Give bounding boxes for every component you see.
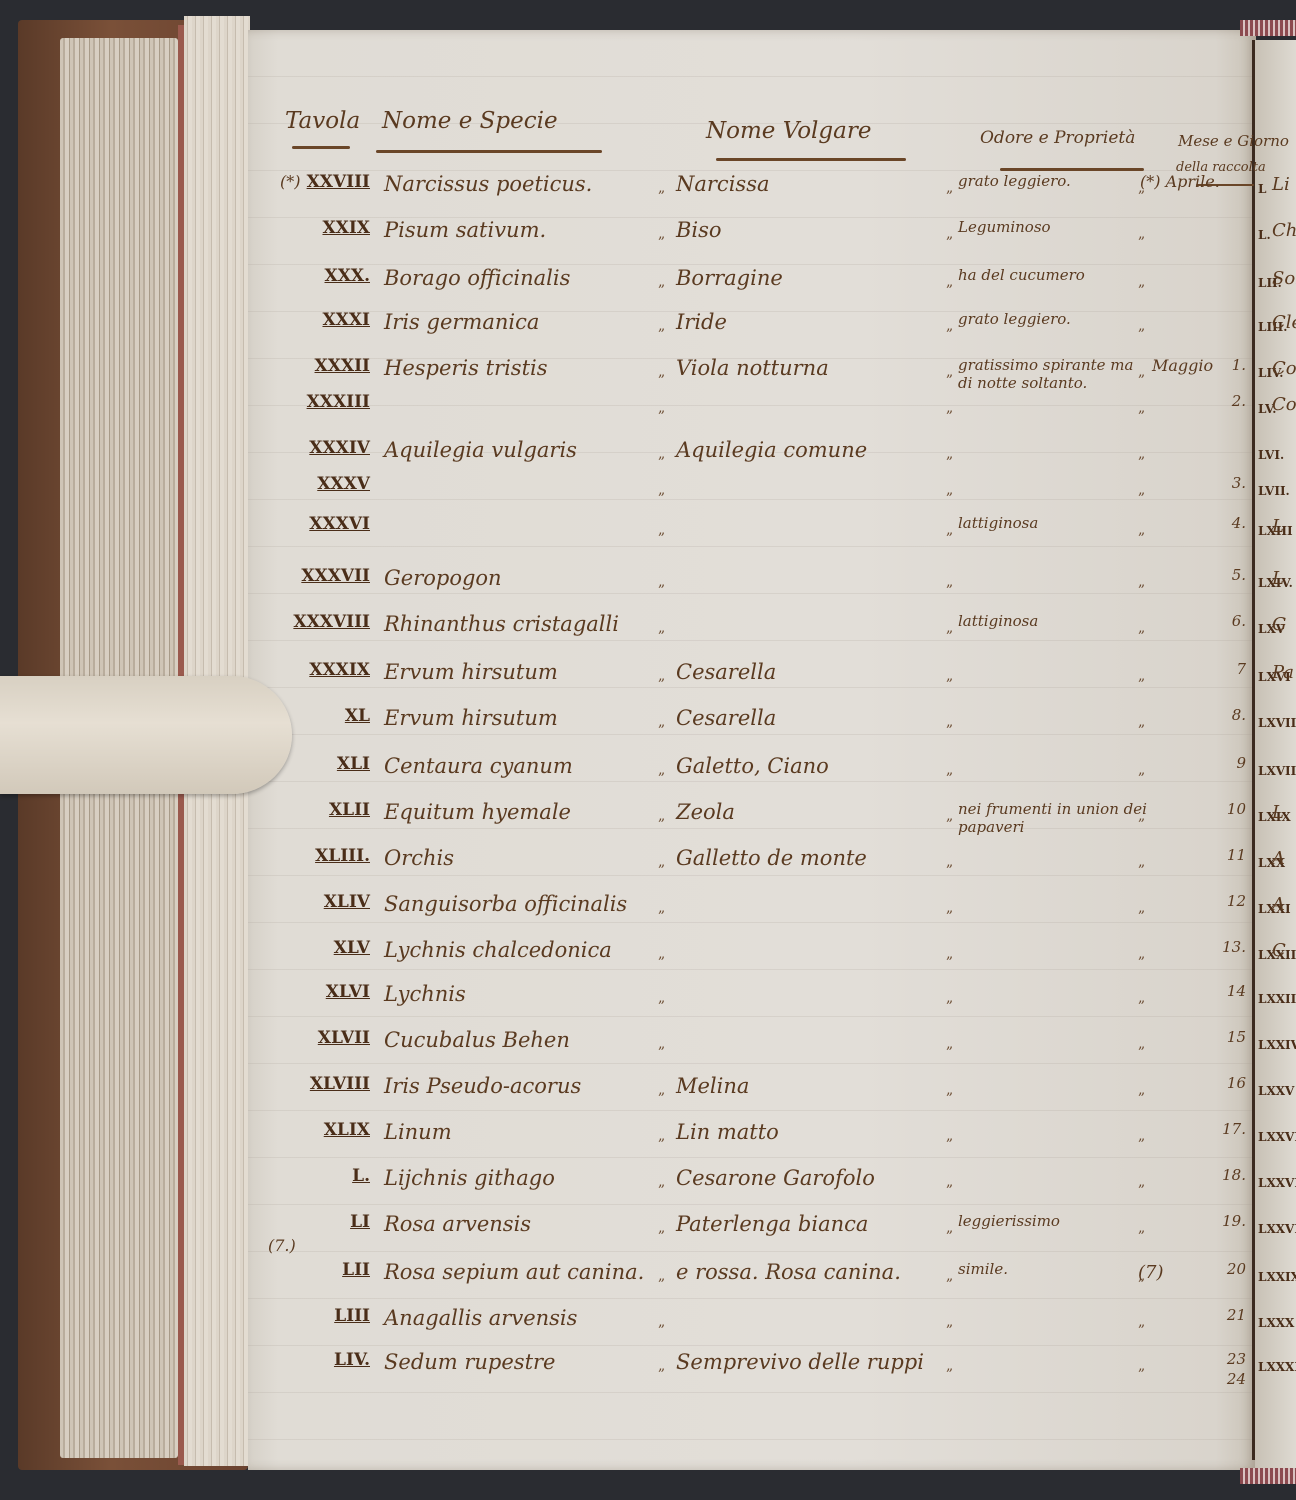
species-name: Narcissus poeticus. — [384, 172, 592, 196]
footband — [1240, 1468, 1296, 1484]
tavola-number: LII — [280, 1260, 370, 1280]
ditto-mark-mese: „ — [1138, 180, 1145, 196]
common-name: e rossa. Rosa canina. — [676, 1260, 901, 1284]
tavola-number: XXXI — [280, 310, 370, 330]
ditto-mark-odore: „ — [946, 1128, 953, 1144]
ditto-mark-volgare: „ — [658, 990, 665, 1006]
ditto-mark-volgare: „ — [658, 714, 665, 730]
facing-page-numeral: L — [1258, 182, 1266, 196]
harvest-day: 10 — [1200, 800, 1246, 818]
table-row: XXX.Borago officinalisBorragineha del cu… — [0, 266, 1296, 306]
ditto-mark-odore: „ — [946, 1268, 953, 1284]
ditto-mark-odore: „ — [946, 400, 953, 416]
facing-page-numeral: LXVII — [1258, 716, 1296, 730]
tavola-number: XLV — [280, 938, 370, 958]
facing-page-word: Conv — [1272, 358, 1296, 379]
common-name: Galletto de monte — [676, 846, 867, 870]
ditto-mark-odore: „ — [946, 1358, 953, 1374]
bone-folder-bookmark — [0, 676, 292, 794]
ditto-mark-volgare: „ — [658, 446, 665, 462]
ditto-mark-odore: „ — [946, 180, 953, 196]
odor-property: Leguminoso — [958, 218, 1051, 236]
harvest-day: 6. — [1200, 612, 1246, 630]
ditto-mark-odore: „ — [946, 854, 953, 870]
common-name: Iride — [676, 310, 727, 334]
species-name: Aquilegia vulgaris — [384, 438, 577, 462]
tavola-number: LIII — [280, 1306, 370, 1326]
odor-property: grato leggiero. — [958, 310, 1071, 328]
ditto-mark-volgare: „ — [658, 1174, 665, 1190]
ditto-mark-volgare: „ — [658, 1220, 665, 1236]
tavola-number: XXXIV — [280, 438, 370, 458]
ditto-mark-volgare: „ — [658, 668, 665, 684]
ditto-mark-volgare: „ — [658, 946, 665, 962]
common-name: Cesarella — [676, 706, 776, 730]
ditto-mark-volgare: „ — [658, 1128, 665, 1144]
species-name: Equitum hyemale — [384, 800, 571, 824]
ditto-mark-volgare: „ — [658, 1358, 665, 1374]
odor-property: grato leggiero. — [958, 172, 1071, 190]
species-name: Sanguisorba officinalis — [384, 892, 627, 916]
tavola-number: XLII — [280, 800, 370, 820]
facing-page-numeral: LXXVIII — [1258, 1222, 1296, 1236]
ditto-mark-odore: „ — [946, 1036, 953, 1052]
ditto-mark-odore: „ — [946, 364, 953, 380]
common-name: Melina — [676, 1074, 749, 1098]
table-row: LIRosa arvensisPaterlenga biancaleggieri… — [0, 1212, 1296, 1252]
table-row: XLIIEquitum hyemaleZeolanei frumenti in … — [0, 800, 1296, 840]
ditto-mark-volgare: „ — [658, 854, 665, 870]
ditto-mark-odore: „ — [946, 668, 953, 684]
common-name: Narcissa — [676, 172, 770, 196]
facing-page-word: Pa — [1272, 662, 1294, 683]
facing-page-numeral: LXXIV — [1258, 1038, 1296, 1052]
table-row: XXXVIIIRhinanthus cristagallilattiginosa… — [0, 612, 1296, 652]
ditto-mark-odore: „ — [946, 900, 953, 916]
ditto-mark-mese: „ — [1138, 1358, 1145, 1374]
species-name: Rosa sepium aut canina. — [384, 1260, 644, 1284]
table-row: XLIII.OrchisGalletto de monte11„„„LXXA — [0, 846, 1296, 886]
facing-page-word: Sola — [1272, 268, 1296, 289]
common-name: Biso — [676, 218, 722, 242]
ditto-mark-volgare: „ — [658, 482, 665, 498]
table-row: XXXV3.„„„LVII. — [0, 474, 1296, 514]
facing-page-word: Che — [1272, 220, 1296, 241]
ditto-mark-volgare: „ — [658, 900, 665, 916]
facing-page-numeral: LVI. — [1258, 448, 1284, 462]
harvest-day: 3. — [1200, 474, 1246, 492]
ditto-mark-odore: „ — [946, 808, 953, 824]
table-row: XXIXPisum sativum.BisoLeguminoso„„„L.Che — [0, 218, 1296, 258]
table-row: XXXIII2.„„„LV.Conv — [0, 392, 1296, 432]
facing-page-word: Cler — [1272, 312, 1296, 333]
species-name: Lychnis chalcedonica — [384, 938, 612, 962]
tavola-number: XXXIX — [280, 660, 370, 680]
table-row: XLVILychnis14„„„LXXIII — [0, 982, 1296, 1022]
facing-page-word: G — [1272, 614, 1286, 635]
last-day: 24 — [1200, 1370, 1246, 1388]
ditto-mark-odore: „ — [946, 574, 953, 590]
species-name: Centaura cyanum — [384, 754, 573, 778]
ditto-mark-mese: „ — [1138, 1036, 1145, 1052]
ditto-mark-mese: „ — [1138, 946, 1145, 962]
tavola-number: XXXV — [280, 474, 370, 494]
ditto-mark-odore: „ — [946, 1314, 953, 1330]
ditto-mark-mese: „ — [1138, 226, 1145, 242]
ditto-mark-mese: „ — [1138, 620, 1145, 636]
harvest-day: 14 — [1200, 982, 1246, 1000]
ditto-mark-volgare: „ — [658, 364, 665, 380]
footnote-mark-7: (7.) — [268, 1236, 296, 1255]
ditto-mark-odore: „ — [946, 482, 953, 498]
species-name: Iris germanica — [384, 310, 539, 334]
ditto-mark-odore: „ — [946, 1220, 953, 1236]
odor-property: lattiginosa — [958, 612, 1038, 630]
ditto-mark-volgare: „ — [658, 180, 665, 196]
ditto-mark-volgare: „ — [658, 400, 665, 416]
ditto-mark-odore: „ — [946, 946, 953, 962]
odor-property: lattiginosa — [958, 514, 1038, 532]
harvest-day: 16 — [1200, 1074, 1246, 1092]
table-row: L.Lijchnis githagoCesarone Garofolo18.„„… — [0, 1166, 1296, 1206]
harvest-day: 19. — [1200, 1212, 1246, 1230]
common-name: Zeola — [676, 800, 735, 824]
table-row: XXXIIHesperis tristisViola notturnagrati… — [0, 356, 1296, 396]
facing-page-word: L — [1272, 802, 1284, 823]
odor-property: simile. — [958, 1260, 1008, 1278]
facing-page-numeral: LXXXI — [1258, 1360, 1296, 1374]
tavola-number: XL — [280, 706, 370, 726]
harvest-day: 11 — [1200, 846, 1246, 864]
facing-page-numeral: LXXVII — [1258, 1176, 1296, 1190]
common-name: Cesarone Garofolo — [676, 1166, 875, 1190]
ditto-mark-volgare: „ — [658, 762, 665, 778]
common-name: Semprevivo delle ruppi — [676, 1350, 924, 1374]
ditto-mark-odore: „ — [946, 274, 953, 290]
ditto-mark-odore: „ — [946, 990, 953, 1006]
ditto-mark-odore: „ — [946, 620, 953, 636]
harvest-day: 2. — [1200, 392, 1246, 410]
tavola-number: LI — [280, 1212, 370, 1232]
facing-page-word: L — [1272, 516, 1284, 537]
harvest-day: 8. — [1200, 706, 1246, 724]
common-name: Cesarella — [676, 660, 776, 684]
ditto-mark-mese: „ — [1138, 668, 1145, 684]
ditto-mark-mese: „ — [1138, 1128, 1145, 1144]
tavola-number: XXX. — [280, 266, 370, 286]
species-name: Lychnis — [384, 982, 466, 1006]
ditto-mark-volgare: „ — [658, 1082, 665, 1098]
header-rule-specie — [376, 150, 602, 153]
facing-page-word: C — [1272, 940, 1286, 961]
facing-page-numeral: LXXVI — [1258, 1130, 1296, 1144]
common-name: Paterlenga bianca — [676, 1212, 868, 1236]
facing-page-word: Conv — [1272, 394, 1296, 415]
ditto-mark-odore: „ — [946, 1174, 953, 1190]
ditto-mark-mese: „ — [1138, 364, 1145, 380]
ditto-mark-odore: „ — [946, 714, 953, 730]
table-row: XXXIIris germanicaIridegrato leggiero.„„… — [0, 310, 1296, 350]
harvest-day: 20 — [1200, 1260, 1246, 1278]
species-name: Anagallis arvensis — [384, 1306, 577, 1330]
table-row: XXVIIINarcissus poeticus.Narcissagrato l… — [0, 172, 1296, 212]
tavola-number: XXIX — [280, 218, 370, 238]
ditto-mark-volgare: „ — [658, 1268, 665, 1284]
common-name: Viola notturna — [676, 356, 829, 380]
table-row: XLVIIIIris Pseudo-acorusMelina16„„„LXXV — [0, 1074, 1296, 1114]
species-name: Pisum sativum. — [384, 218, 546, 242]
ditto-mark-mese: „ — [1138, 854, 1145, 870]
note-7-parenthetical: (7) — [1138, 1262, 1164, 1283]
harvest-day: 7 — [1200, 660, 1246, 678]
harvest-day: 4. — [1200, 514, 1246, 532]
ditto-mark-mese: „ — [1138, 446, 1145, 462]
tavola-number: XLVI — [280, 982, 370, 1002]
harvest-day: 18. — [1200, 1166, 1246, 1184]
odor-property: ha del cucumero — [958, 266, 1085, 284]
table-row: XLVIICucubalus Behen15„„„LXXIV — [0, 1028, 1296, 1068]
common-name: Lin matto — [676, 1120, 779, 1144]
tavola-number: XLI — [280, 754, 370, 774]
ditto-mark-mese: „ — [1138, 714, 1145, 730]
header-mese-1: Mese e Giorno — [1178, 132, 1289, 150]
ditto-mark-mese: „ — [1138, 574, 1145, 590]
table-row: XLIXLinumLin matto17.„„„LXXVI — [0, 1120, 1296, 1160]
ditto-mark-mese: „ — [1138, 808, 1145, 824]
harvest-day: 21 — [1200, 1306, 1246, 1324]
species-name: Linum — [384, 1120, 452, 1144]
ditto-mark-mese: „ — [1138, 1082, 1145, 1098]
table-row: LIV.Sedum rupestreSemprevivo delle ruppi… — [0, 1350, 1296, 1390]
table-row: XXXVIIGeropogon5.„„„LXIV.L — [0, 566, 1296, 606]
tavola-number: XLVIII — [280, 1074, 370, 1094]
ditto-mark-mese: „ — [1138, 762, 1145, 778]
ditto-mark-odore: „ — [946, 522, 953, 538]
ditto-mark-odore: „ — [946, 318, 953, 334]
species-name: Cucubalus Behen — [384, 1028, 570, 1052]
tavola-number: XLVII — [280, 1028, 370, 1048]
odor-property: leggierissimo — [958, 1212, 1060, 1230]
species-name: Geropogon — [384, 566, 502, 590]
ditto-mark-volgare: „ — [658, 620, 665, 636]
tavola-number: XLIII. — [280, 846, 370, 866]
ditto-mark-volgare: „ — [658, 274, 665, 290]
tavola-number: L. — [280, 1166, 370, 1186]
ditto-mark-odore: „ — [946, 446, 953, 462]
tavola-number: LIV. — [280, 1350, 370, 1370]
harvest-day: 15 — [1200, 1028, 1246, 1046]
table-row: LIIIAnagallis arvensis21„„„LXXX — [0, 1306, 1296, 1346]
facing-page-numeral: LXXIII — [1258, 992, 1296, 1006]
ditto-mark-volgare: „ — [658, 1314, 665, 1330]
ditto-mark-mese: „ — [1138, 1174, 1145, 1190]
harvest-day: 23 — [1200, 1350, 1246, 1368]
odor-property: gratissimo spirante ma di notte soltanto… — [958, 356, 1148, 392]
species-name: Lijchnis githago — [384, 1166, 555, 1190]
tavola-number: XXXVI — [280, 514, 370, 534]
ditto-mark-odore: „ — [946, 226, 953, 242]
odor-property: nei frumenti in union dei papaveri — [958, 800, 1148, 836]
facing-page-word: L — [1272, 568, 1284, 589]
common-name: Aquilegia comune — [676, 438, 867, 462]
ditto-mark-odore: „ — [946, 1082, 953, 1098]
tavola-number: XXXVIII — [280, 612, 370, 632]
ditto-mark-volgare: „ — [658, 1036, 665, 1052]
tavola-number: XLIX — [280, 1120, 370, 1140]
species-name: Sedum rupestre — [384, 1350, 556, 1374]
harvest-day: 17. — [1200, 1120, 1246, 1138]
header-tavola: Tavola — [285, 108, 360, 134]
facing-page-numeral: LXXX — [1258, 1316, 1294, 1330]
facing-page-word: Li — [1272, 174, 1290, 195]
ditto-mark-odore: „ — [946, 762, 953, 778]
tavola-number: XXXII — [280, 356, 370, 376]
species-name: Hesperis tristis — [384, 356, 548, 380]
table-row: XLVLychnis chalcedonica13.„„„LXXIIC — [0, 938, 1296, 978]
ditto-mark-volgare: „ — [658, 522, 665, 538]
ditto-mark-volgare: „ — [658, 226, 665, 242]
tavola-number: XXXIII — [280, 392, 370, 412]
header-odore: Odore e Proprietà — [980, 128, 1135, 148]
header-nome-specie: Nome e Specie — [382, 108, 558, 134]
ditto-mark-volgare: „ — [658, 318, 665, 334]
ditto-mark-volgare: „ — [658, 574, 665, 590]
headband — [1240, 20, 1296, 36]
ditto-mark-mese: „ — [1138, 1220, 1145, 1236]
common-name: Galetto, Ciano — [676, 754, 829, 778]
species-name: Orchis — [384, 846, 454, 870]
ditto-mark-mese: „ — [1138, 400, 1145, 416]
facing-page-word: A — [1272, 894, 1285, 915]
species-name: Rhinanthus cristagalli — [384, 612, 619, 636]
header-nome-volgare: Nome Volgare — [706, 118, 871, 144]
harvest-day: 13. — [1200, 938, 1246, 956]
ditto-mark-mese: „ — [1138, 1314, 1145, 1330]
facing-page-numeral: LVII. — [1258, 484, 1290, 498]
asterisk-mark: (*) — [280, 172, 300, 191]
harvest-day: 1. — [1200, 356, 1246, 374]
species-name: Iris Pseudo-acorus — [384, 1074, 581, 1098]
ditto-mark-volgare: „ — [658, 808, 665, 824]
harvest-month: (*) Aprile. — [1140, 172, 1220, 191]
table-row: XXXIVAquilegia vulgarisAquilegia comune„… — [0, 438, 1296, 478]
facing-page-numeral: L. — [1258, 228, 1271, 242]
facing-page-numeral: LXVIII — [1258, 764, 1296, 778]
common-name: Borragine — [676, 266, 783, 290]
species-name: Ervum hirsutum — [384, 706, 558, 730]
species-name: Rosa arvensis — [384, 1212, 531, 1236]
harvest-day: 5. — [1200, 566, 1246, 584]
tavola-number: XXXVII — [280, 566, 370, 586]
facing-page-numeral: LXXV — [1258, 1084, 1294, 1098]
ditto-mark-mese: „ — [1138, 900, 1145, 916]
facing-page-word: A — [1272, 848, 1285, 869]
species-name: Ervum hirsutum — [384, 660, 558, 684]
table-row: LIIRosa sepium aut canina.e rossa. Rosa … — [0, 1260, 1296, 1300]
species-name: Borago officinalis — [384, 266, 570, 290]
table-row: XXXVIlattiginosa4.„„„LXIIIL — [0, 514, 1296, 554]
header-rule-volgare — [716, 158, 906, 161]
tavola-number: XLIV — [280, 892, 370, 912]
facing-page-numeral: LXXIX — [1258, 1270, 1296, 1284]
harvest-day: 12 — [1200, 892, 1246, 910]
ditto-mark-mese: „ — [1138, 318, 1145, 334]
harvest-day: 9 — [1200, 754, 1246, 772]
ditto-mark-mese: „ — [1138, 274, 1145, 290]
header-rule-odore — [1000, 168, 1144, 171]
ditto-mark-mese: „ — [1138, 482, 1145, 498]
header-rule-tavola — [292, 146, 350, 149]
ditto-mark-mese: „ — [1138, 522, 1145, 538]
table-row: XLIVSanguisorba officinalis12„„„LXXIA — [0, 892, 1296, 932]
ditto-mark-mese: „ — [1138, 990, 1145, 1006]
